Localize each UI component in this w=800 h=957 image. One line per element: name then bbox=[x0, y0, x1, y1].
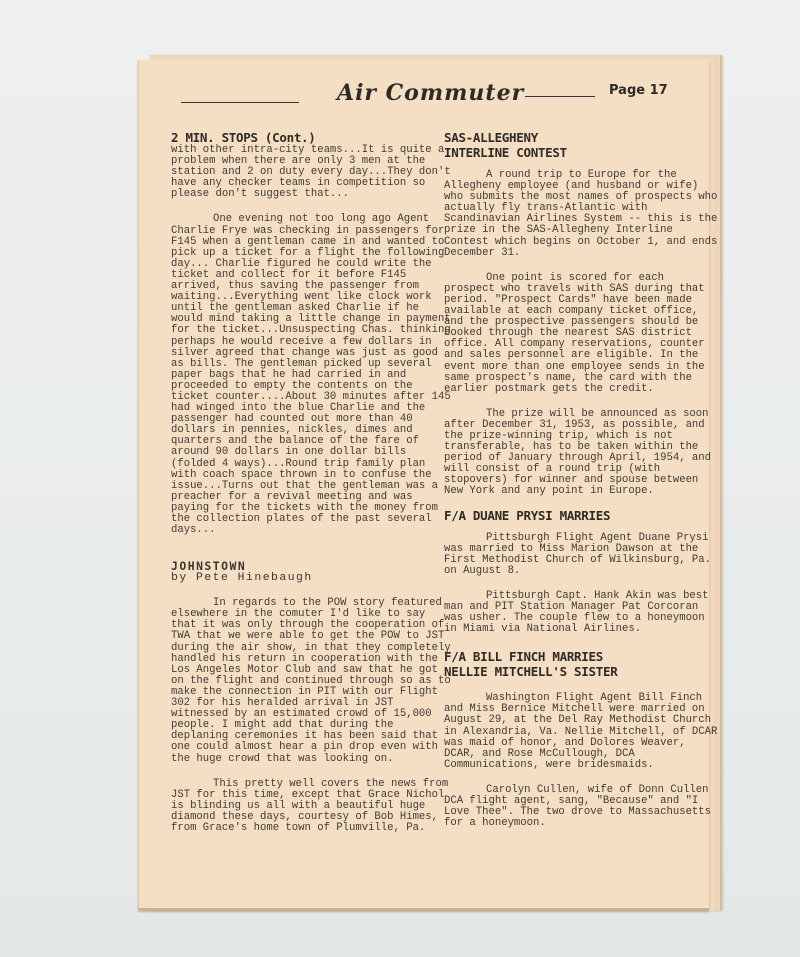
heading-johnstown: JOHNSTOWN bbox=[171, 560, 451, 572]
byline: by Pete Hinebaugh bbox=[171, 572, 451, 584]
heading-finch-marries: F/A BILL FINCH MARRIES bbox=[444, 649, 719, 664]
article-paragraph: Pittsburgh Capt. Hank Akin was best man … bbox=[444, 591, 719, 635]
article-paragraph: A round trip to Europe for the Allegheny… bbox=[444, 170, 719, 259]
masthead-rule-right bbox=[525, 96, 595, 97]
masthead: Air Commuter Page 17 bbox=[139, 80, 709, 116]
newsletter-title: Air Commuter bbox=[337, 80, 524, 106]
heading-mitchell-sister: NELLIE MITCHELL'S SISTER bbox=[444, 664, 719, 679]
heading-sas-allegheny: SAS-ALLEGHENY bbox=[444, 130, 719, 145]
heading-prysi-marries: F/A DUANE PRYSI MARRIES bbox=[444, 508, 719, 523]
page-number: Page 17 bbox=[609, 83, 668, 98]
article-paragraph: In regards to the POW story featured els… bbox=[171, 598, 451, 764]
masthead-rule-left bbox=[181, 102, 299, 103]
article-paragraph: Pittsburgh Flight Agent Duane Prysi was … bbox=[444, 533, 719, 577]
article-paragraph: Washington Flight Agent Bill Finch and M… bbox=[444, 693, 719, 771]
article-paragraph: with other intra-city teams...It is quit… bbox=[171, 145, 451, 200]
heading-2-min-stops: 2 MIN. STOPS (Cont.) bbox=[171, 130, 451, 145]
article-paragraph: The prize will be announced as soon afte… bbox=[444, 409, 719, 498]
article-paragraph: Carolyn Cullen, wife of Donn Cullen DCA … bbox=[444, 785, 719, 829]
article-paragraph: One evening not too long ago Agent Charl… bbox=[171, 214, 451, 536]
left-column: 2 MIN. STOPS (Cont.) with other intra-ci… bbox=[171, 130, 451, 834]
newsletter-page: Air Commuter Page 17 2 MIN. STOPS (Cont.… bbox=[138, 60, 709, 910]
right-column: SAS-ALLEGHENY INTERLINE CONTEST A round … bbox=[444, 130, 719, 829]
article-paragraph: One point is scored for each prospect wh… bbox=[444, 273, 719, 395]
article-paragraph: This pretty well covers the news from JS… bbox=[171, 779, 451, 834]
heading-interline-contest: INTERLINE CONTEST bbox=[444, 145, 719, 160]
